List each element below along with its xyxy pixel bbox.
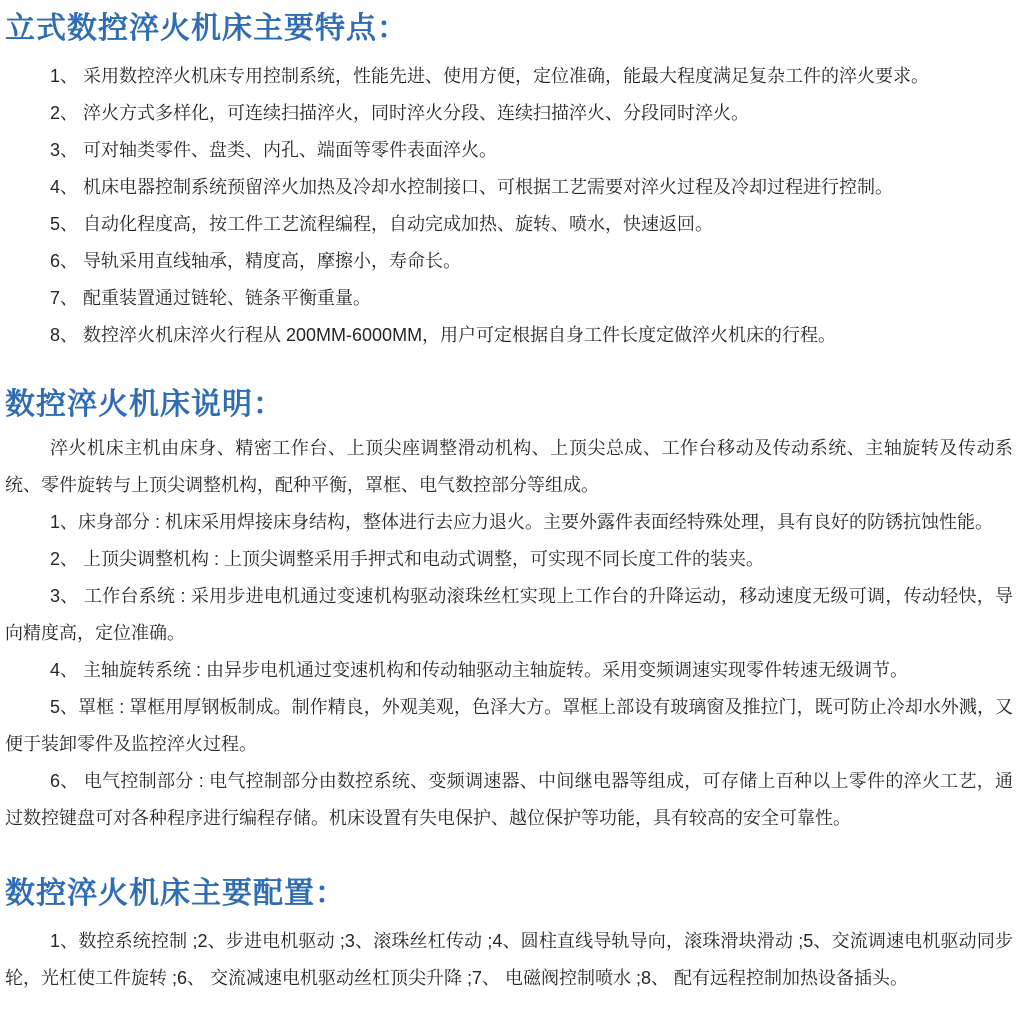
configuration-body: 1、数控系统控制 ;2、步进电机驱动 ;3、滚珠丝杠传动 ;4、圆柱直线导轨导向… [5,923,1013,997]
section-title-features: 立式数控淬火机床主要特点： [5,12,1013,46]
feature-item-6: 6、 导轨采用直线轴承，精度高，摩擦小，寿命长。 [5,243,1013,280]
description-item-5: 5、罩框 : 罩框用厚钢板制成。制作精良，外观美观，色泽大方。罩框上部设有玻璃窗… [5,689,1013,763]
description-item-2: 2、 上顶尖调整机构 : 上顶尖调整采用手押式和电动式调整，可实现不同长度工件的… [5,541,1013,578]
section-title-configuration: 数控淬火机床主要配置： [5,877,1013,911]
feature-item-1: 1、 采用数控淬火机床专用控制系统，性能先进、使用方便，定位准确，能最大程度满足… [5,58,1013,95]
feature-item-3: 3、 可对轴类零件、盘类、内孔、端面等零件表面淬火。 [5,132,1013,169]
description-item-1: 1、床身部分 : 机床采用焊接床身结构，整体进行去应力退火。主要外露件表面经特殊… [5,504,1013,541]
feature-item-7: 7、 配重装置通过链轮、链条平衡重量。 [5,280,1013,317]
description-item-6: 6、 电气控制部分 : 电气控制部分由数控系统、变频调速器、中间继电器等组成，可… [5,763,1013,837]
document-page: 立式数控淬火机床主要特点： 1、 采用数控淬火机床专用控制系统，性能先进、使用方… [0,0,1025,997]
description-item-4: 4、 主轴旋转系统 : 由异步电机通过变速机构和传动轴驱动主轴旋转。采用变频调速… [5,652,1013,689]
section-title-description: 数控淬火机床说明： [5,388,1013,422]
description-item-3: 3、 工作台系统 : 采用步进电机通过变速机构驱动滚珠丝杠实现上工作台的升降运动… [5,578,1013,652]
description-intro: 淬火机床主机由床身、精密工作台、上顶尖座调整滑动机构、上顶尖总成、工作台移动及传… [5,430,1013,504]
feature-item-4: 4、 机床电器控制系统预留淬火加热及冷却水控制接口、可根据工艺需要对淬火过程及冷… [5,169,1013,206]
feature-item-2: 2、 淬火方式多样化，可连续扫描淬火，同时淬火分段、连续扫描淬火、分段同时淬火。 [5,95,1013,132]
feature-item-5: 5、 自动化程度高，按工件工艺流程编程，自动完成加热、旋转、喷水，快速返回。 [5,206,1013,243]
feature-item-8: 8、 数控淬火机床淬火行程从 200MM-6000MM，用户可定根据自身工件长度… [5,317,1013,354]
